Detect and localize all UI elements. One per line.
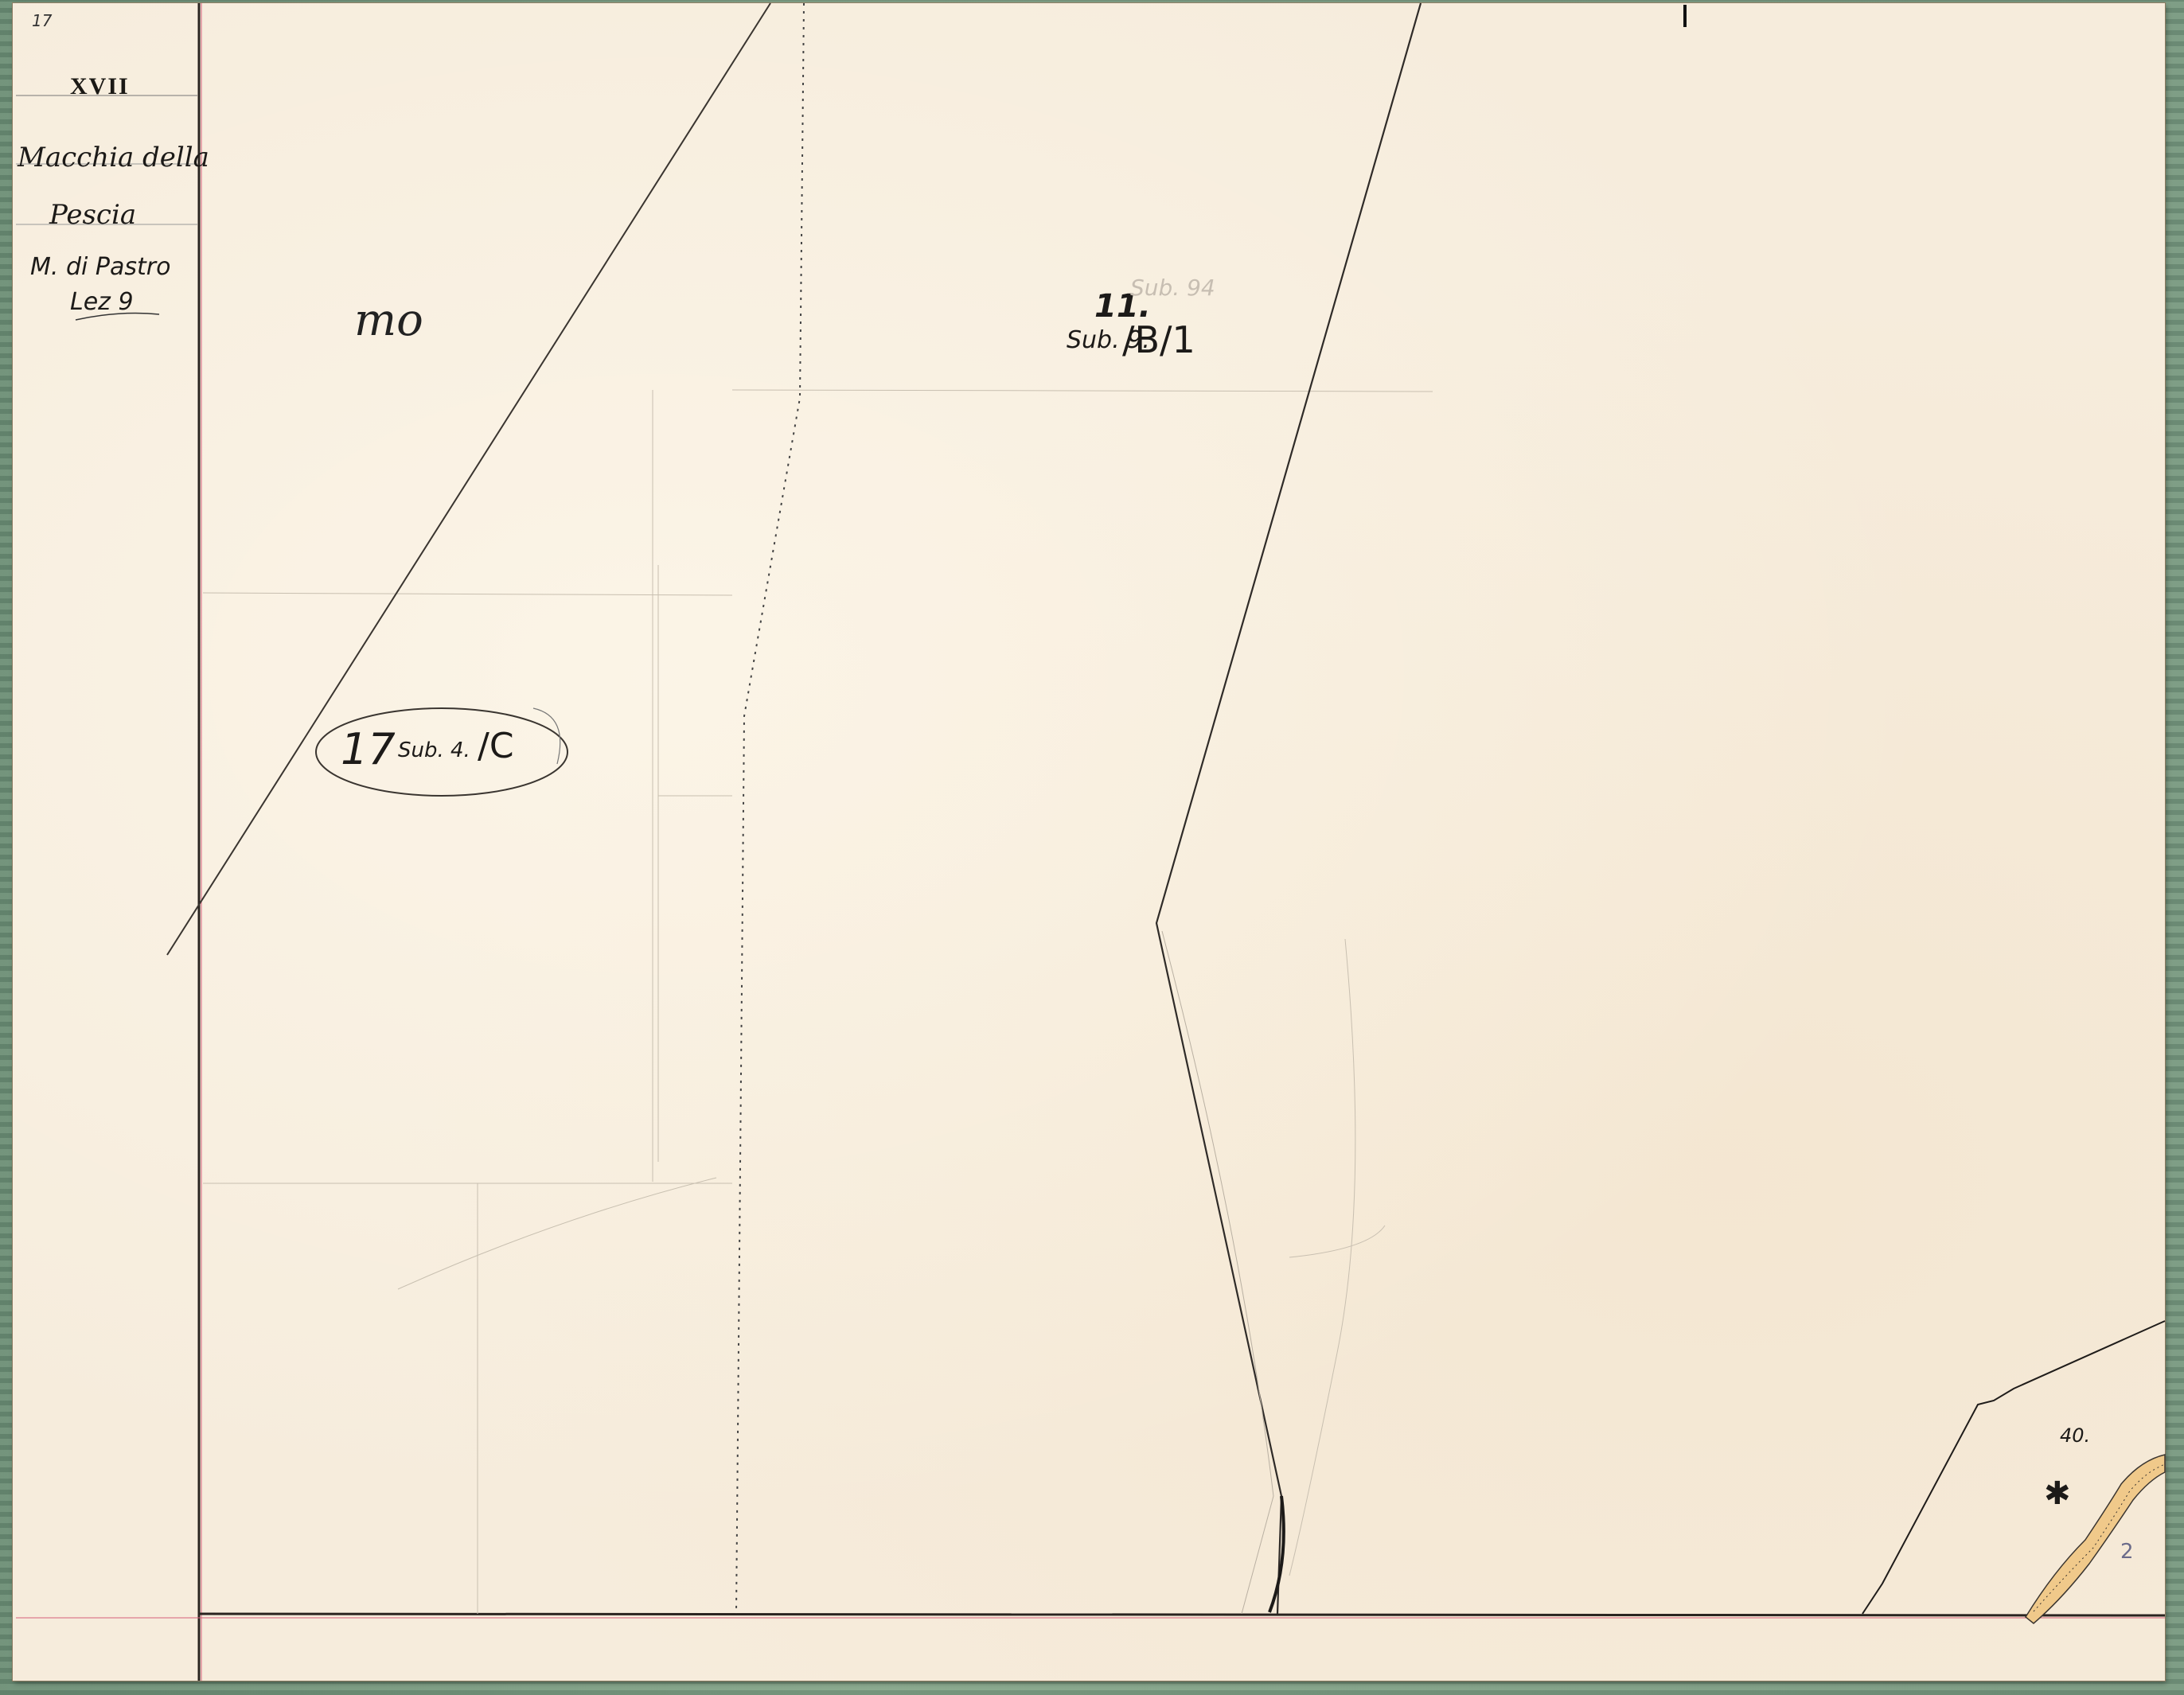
parcel-17-number: 17: [341, 724, 396, 774]
corner-number: 17: [32, 11, 52, 30]
parcel-mo-label: mo: [354, 294, 423, 346]
note-line1: M. di Pastro: [30, 253, 170, 281]
boundary-line-diagonal: [167, 3, 770, 955]
dotted-boundary: [736, 3, 804, 1614]
parcel-2-number: 2: [2120, 1540, 2134, 1564]
map-linework: [0, 0, 2184, 1695]
pencil-boundary: [1162, 931, 1273, 1614]
parcel-17-class: /C: [478, 726, 514, 766]
note-line2: Lez 9: [70, 288, 134, 316]
tree-symbol-icon: ✱: [2044, 1475, 2071, 1512]
boundary-line-heavy: [1269, 1496, 1284, 1612]
location-name-line1: Macchia della: [18, 142, 209, 173]
parcel-11-class: /B/1: [1122, 318, 1195, 361]
boundary-line-parcel-40: [1862, 1321, 2165, 1614]
pencil-grid: [203, 390, 1433, 1614]
boundary-line-parcel-11: [1156, 3, 1421, 1614]
parcel-17-sub: Sub. 4.: [398, 738, 470, 762]
map-stage: 17 XVII Macchia della Pescia M. di Pastr…: [0, 0, 2184, 1695]
parcel-40-number: 40.: [2060, 1424, 2090, 1447]
parcel-17-ellipse-stroke: [533, 708, 560, 764]
sheet-number: XVII: [70, 73, 130, 100]
pencil-curve: [1289, 1225, 1385, 1257]
bottom-margin-line: [199, 1614, 2165, 1615]
parcel-11-pencil-note: Sub. 94: [1130, 275, 1215, 301]
pencil-curve: [1289, 939, 1355, 1576]
location-name-line2: Pescia: [49, 199, 136, 231]
